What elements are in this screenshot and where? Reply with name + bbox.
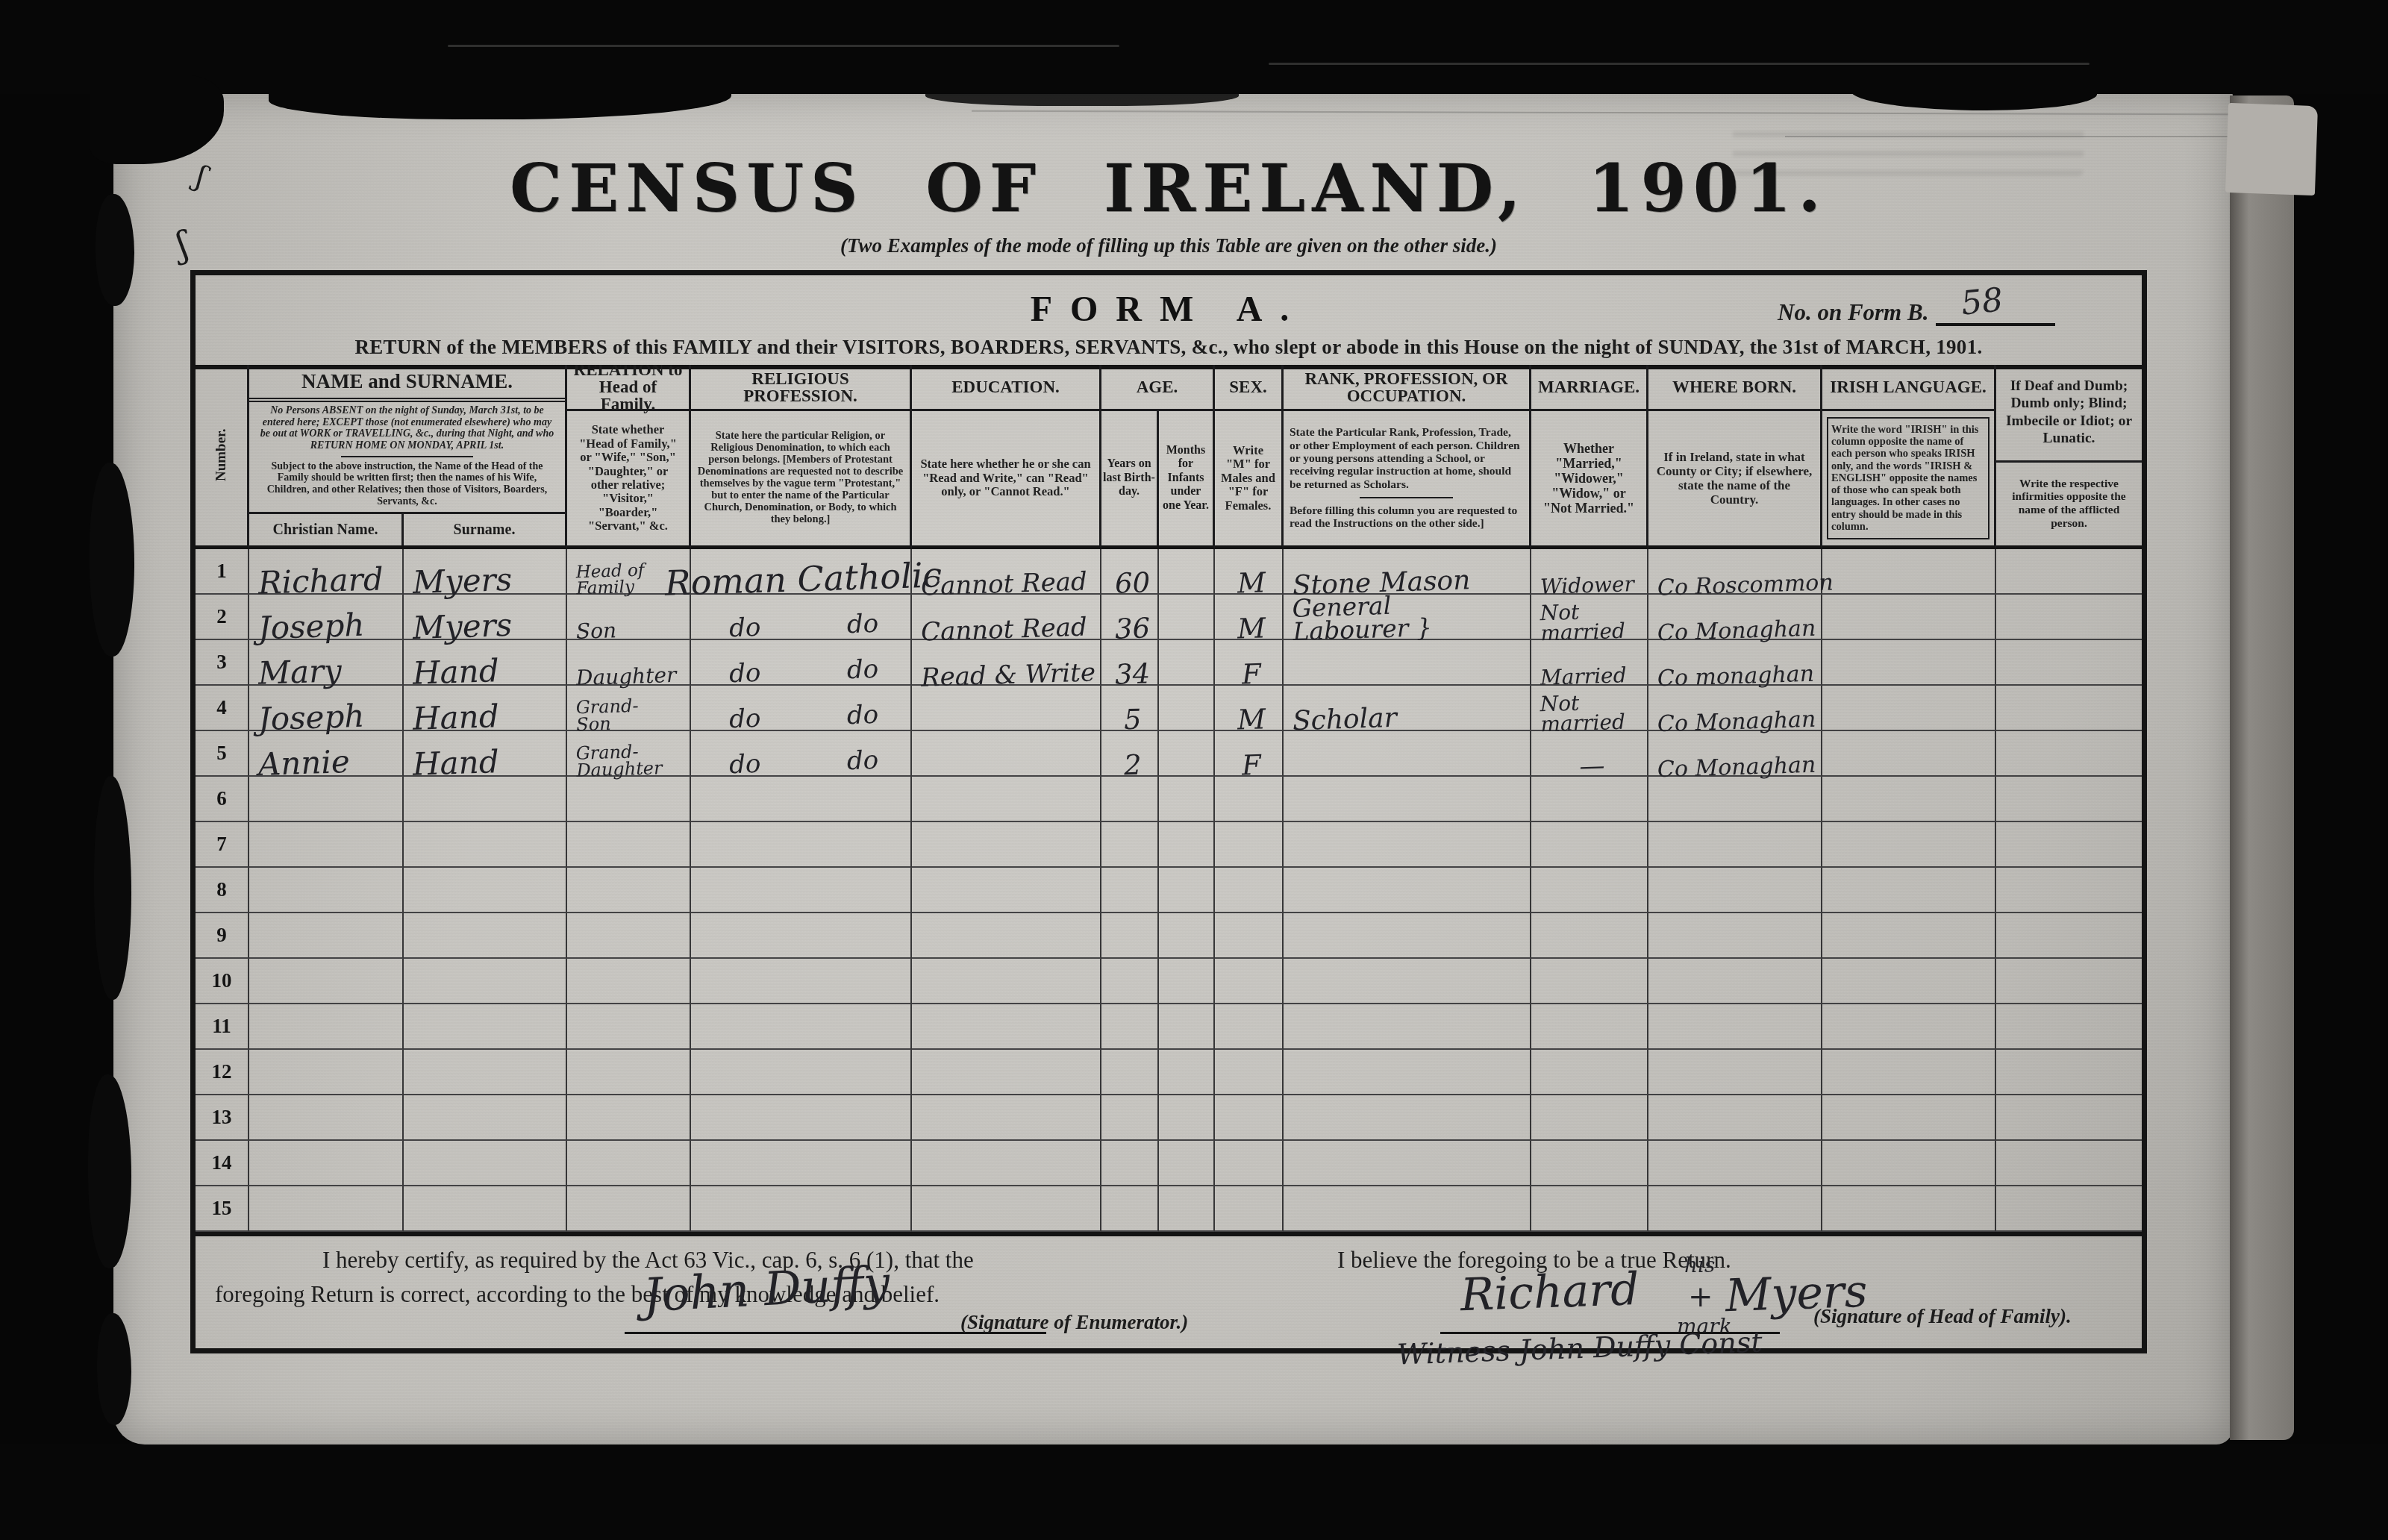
no-on-form-b-underline: 58 — [1936, 293, 2055, 326]
row-number: 5 — [196, 731, 249, 777]
cell-marriage: Widower — [1531, 549, 1648, 595]
no-on-form-b: No. on Form B. 58 — [1778, 293, 2055, 326]
cell-surname — [404, 1095, 567, 1141]
col-header-age: AGE. Years on last Birth-day. Months for… — [1101, 365, 1215, 549]
cell-infirmity — [1996, 549, 2142, 595]
cell-relation: Daughter — [567, 640, 691, 686]
row-number: 6 — [196, 777, 249, 822]
name-note2: Subject to the above instruction, the Na… — [249, 458, 565, 511]
cell-sex — [1215, 822, 1284, 868]
cell-occupation — [1284, 1004, 1531, 1050]
cell-education — [912, 1004, 1101, 1050]
cell-sex — [1215, 868, 1284, 913]
cell-surname: Hand — [404, 686, 567, 731]
cell-born — [1648, 868, 1822, 913]
christian-name-subheader: Christian Name. — [249, 514, 404, 545]
cell-christian — [249, 868, 404, 913]
cell-born — [1648, 1050, 1822, 1095]
cell-occupation: General Labourer } — [1284, 595, 1531, 640]
cell-sex — [1215, 1141, 1284, 1186]
col-header-occupation: RANK, PROFESSION, OR OCCUPATION. State t… — [1284, 365, 1531, 549]
cell-christian: Joseph — [249, 686, 404, 731]
cell-born — [1648, 913, 1822, 959]
cell-relation — [567, 777, 691, 822]
scan-edge-artifact — [269, 72, 731, 119]
cell-months — [1159, 1095, 1215, 1141]
name-title: NAME and SURNAME. — [249, 365, 565, 402]
cell-education — [912, 1186, 1101, 1232]
name-subheaders: Christian Name. Surname. — [249, 512, 565, 545]
cell-surname — [404, 913, 567, 959]
cell-irish — [1822, 1095, 1996, 1141]
cell-religion: dodo — [691, 686, 912, 731]
cell-religion — [691, 1095, 912, 1141]
cell-religion — [691, 959, 912, 1004]
number-column-label: Number. — [196, 365, 247, 545]
surname-subheader: Surname. — [404, 514, 565, 545]
cell-infirmity — [1996, 640, 2142, 686]
relation-title: RELATION to Head of Family. — [567, 365, 689, 411]
cell-sex — [1215, 1095, 1284, 1141]
cell-education: Cannot Read — [912, 595, 1101, 640]
cell-religion — [691, 1004, 912, 1050]
cell-infirmity — [1996, 777, 2142, 822]
cell-born: Co Monaghan — [1648, 595, 1822, 640]
row-number: 2 — [196, 595, 249, 640]
cell-irish — [1822, 640, 1996, 686]
col-header-where-born: WHERE BORN. If in Ireland, state in what… — [1648, 365, 1822, 549]
cell-irish — [1822, 777, 1996, 822]
cell-sex — [1215, 777, 1284, 822]
cell-education — [912, 731, 1101, 777]
divider — [1360, 497, 1453, 498]
cell-born: Co Monaghan — [1648, 686, 1822, 731]
cell-relation: Grand- Daughter — [567, 731, 691, 777]
cell-sex: F — [1215, 640, 1284, 686]
cell-born — [1648, 1004, 1822, 1050]
cell-marriage: Married — [1531, 640, 1648, 686]
cell-irish — [1822, 1186, 1996, 1232]
cell-religion — [691, 777, 912, 822]
occupation-instructions: State the Particular Rank, Profession, T… — [1284, 411, 1529, 545]
row-number: 9 — [196, 913, 249, 959]
cell-infirmity — [1996, 1004, 2142, 1050]
cell-occupation — [1284, 1095, 1531, 1141]
scan-edge-artifact — [1269, 63, 2089, 65]
cell-irish — [1822, 595, 1996, 640]
cell-christian: Mary — [249, 640, 404, 686]
cell-marriage — [1531, 1050, 1648, 1095]
cell-education — [912, 913, 1101, 959]
cell-marriage: Not married — [1531, 686, 1648, 731]
cell-years — [1101, 868, 1159, 913]
cell-infirmity — [1996, 595, 2142, 640]
cell-sex — [1215, 913, 1284, 959]
cell-relation — [567, 959, 691, 1004]
cell-occupation — [1284, 1141, 1531, 1186]
form-a-heading: FORM A. — [1031, 289, 1307, 330]
cell-years: 2 — [1101, 731, 1159, 777]
row-number: 7 — [196, 822, 249, 868]
religion-title: RELIGIOUS PROFESSION. — [691, 365, 910, 411]
cell-surname: Myers — [404, 595, 567, 640]
cell-christian — [249, 913, 404, 959]
scanned-census-page: ʃ ʃ CENSUS OF IRELAND, 1901. (Two Exampl… — [0, 0, 2388, 1540]
cell-occupation — [1284, 913, 1531, 959]
sex-title: SEX. — [1215, 365, 1281, 411]
col-header-irish-language: IRISH LANGUAGE. Write the word "IRISH" i… — [1822, 365, 1996, 549]
cell-months — [1159, 1141, 1215, 1186]
cell-months — [1159, 959, 1215, 1004]
cell-marriage — [1531, 1004, 1648, 1050]
cell-relation — [567, 822, 691, 868]
census-form-paper: ʃ ʃ CENSUS OF IRELAND, 1901. (Two Exampl… — [113, 88, 2233, 1444]
document-subtitle: (Two Examples of the mode of filling up … — [840, 234, 1497, 257]
sex-instructions: Write "M" for Males and "F" for Females. — [1215, 411, 1281, 545]
cell-born: Co Roscommon — [1648, 549, 1822, 595]
cell-education — [912, 868, 1101, 913]
cell-irish — [1822, 822, 1996, 868]
cell-marriage — [1531, 1141, 1648, 1186]
cell-surname — [404, 822, 567, 868]
cell-sex — [1215, 1186, 1284, 1232]
cell-irish — [1822, 959, 1996, 1004]
cell-surname — [404, 1050, 567, 1095]
cell-years — [1101, 822, 1159, 868]
cell-occupation — [1284, 1186, 1531, 1232]
age-years-subheader: Years on last Birth-day. — [1101, 411, 1159, 545]
cell-infirmity — [1996, 959, 2142, 1004]
cell-irish — [1822, 731, 1996, 777]
cell-irish — [1822, 1050, 1996, 1095]
cell-occupation — [1284, 822, 1531, 868]
cell-born — [1648, 777, 1822, 822]
cell-religion — [691, 1141, 912, 1186]
col-header-education: EDUCATION. State here whether he or she … — [912, 365, 1101, 549]
irish-language-title: IRISH LANGUAGE. — [1822, 365, 1994, 411]
cell-religion — [691, 822, 912, 868]
cell-surname — [404, 777, 567, 822]
head-signature-label: (Signature of Head of Family). — [1813, 1305, 2072, 1328]
cell-religion: Roman Catholic — [691, 549, 912, 595]
cell-months — [1159, 822, 1215, 868]
scan-page-edge — [2230, 96, 2294, 1440]
cell-education — [912, 959, 1101, 1004]
cell-infirmity — [1996, 731, 2142, 777]
cell-christian — [249, 777, 404, 822]
cell-months — [1159, 913, 1215, 959]
cell-education — [912, 1141, 1101, 1186]
cell-occupation — [1284, 731, 1531, 777]
no-on-form-b-value: 58 — [1960, 281, 2005, 323]
census-table: Number. NAME and SURNAME. No Persons ABS… — [196, 365, 2142, 1232]
name-note1: No Persons ABSENT on the night of Sunday… — [249, 402, 565, 455]
cell-marriage — [1531, 1095, 1648, 1141]
cell-months — [1159, 777, 1215, 822]
cell-surname — [404, 1004, 567, 1050]
cell-months — [1159, 868, 1215, 913]
cell-relation — [567, 1141, 691, 1186]
return-statement: RETURN of the MEMBERS of this FAMILY and… — [196, 336, 2142, 359]
cell-months — [1159, 549, 1215, 595]
cell-years: 5 — [1101, 686, 1159, 731]
irish-language-instructions: Write the word "IRISH" in this column op… — [1827, 417, 1990, 539]
cell-years — [1101, 777, 1159, 822]
cell-years — [1101, 913, 1159, 959]
education-title: EDUCATION. — [912, 365, 1099, 411]
scan-edge-artifact — [925, 81, 1239, 106]
cell-christian — [249, 1141, 404, 1186]
cell-occupation — [1284, 959, 1531, 1004]
cell-years — [1101, 1186, 1159, 1232]
cell-sex: F — [1215, 731, 1284, 777]
cell-marriage — [1531, 822, 1648, 868]
cell-infirmity — [1996, 1095, 2142, 1141]
cell-years — [1101, 1050, 1159, 1095]
cell-years — [1101, 1141, 1159, 1186]
certification-band: I hereby certify, as required by the Act… — [196, 1232, 2142, 1353]
cell-education — [912, 777, 1101, 822]
scan-edge-artifact — [96, 194, 134, 306]
row-number: 10 — [196, 959, 249, 1004]
cell-occupation — [1284, 868, 1531, 913]
cell-born: Co monaghan — [1648, 640, 1822, 686]
row-number: 12 — [196, 1050, 249, 1095]
cell-sex — [1215, 1004, 1284, 1050]
cell-occupation: Scholar — [1284, 686, 1531, 731]
cell-sex: M — [1215, 686, 1284, 731]
cell-months — [1159, 595, 1215, 640]
stray-ink-mark: ʃ — [173, 223, 191, 266]
cell-surname: Hand — [404, 640, 567, 686]
cell-surname — [404, 1186, 567, 1232]
row-number: 11 — [196, 1004, 249, 1050]
scan-edge-artifact — [0, 1444, 2388, 1540]
cell-surname: Hand — [404, 731, 567, 777]
head-signature-first: Richard — [1460, 1263, 1640, 1321]
cell-christian — [249, 959, 404, 1004]
cell-sex — [1215, 1050, 1284, 1095]
col-header-marriage: MARRIAGE. Whether "Married," "Widower," … — [1531, 365, 1648, 549]
cell-infirmity — [1996, 1050, 2142, 1095]
cell-years: 60 — [1101, 549, 1159, 595]
cell-marriage — [1531, 913, 1648, 959]
row-number: 13 — [196, 1095, 249, 1141]
cell-surname — [404, 868, 567, 913]
cell-months — [1159, 731, 1215, 777]
cell-education: Read & Write — [912, 640, 1101, 686]
cell-religion — [691, 1050, 912, 1095]
cell-christian: Richard — [249, 549, 404, 595]
cell-surname — [404, 1141, 567, 1186]
cell-religion — [691, 1186, 912, 1232]
cell-relation: Son — [567, 595, 691, 640]
cell-relation — [567, 913, 691, 959]
cell-born: Co Monaghan — [1648, 731, 1822, 777]
cell-years — [1101, 1095, 1159, 1141]
education-instructions: State here whether he or she can "Read a… — [912, 411, 1099, 545]
cell-occupation — [1284, 640, 1531, 686]
cell-irish — [1822, 913, 1996, 959]
cell-relation — [567, 1095, 691, 1141]
no-on-form-b-label: No. on Form B. — [1778, 299, 1928, 326]
cell-infirmity — [1996, 822, 2142, 868]
cell-years: 36 — [1101, 595, 1159, 640]
cell-education — [912, 686, 1101, 731]
infirmity-instructions: Write the respective infirmities opposit… — [1996, 463, 2142, 545]
cell-born — [1648, 959, 1822, 1004]
cell-months — [1159, 640, 1215, 686]
cell-relation — [567, 1004, 691, 1050]
row-number: 15 — [196, 1186, 249, 1232]
document-title: CENSUS OF IRELAND, 1901. — [510, 149, 1828, 227]
cell-irish — [1822, 868, 1996, 913]
cell-christian — [249, 822, 404, 868]
col-header-sex: SEX. Write "M" for Males and "F" for Fem… — [1215, 365, 1284, 549]
cell-infirmity — [1996, 686, 2142, 731]
row-number: 8 — [196, 868, 249, 913]
cell-religion: dodo — [691, 731, 912, 777]
row-number: 14 — [196, 1141, 249, 1186]
cell-years: 34 — [1101, 640, 1159, 686]
cell-marriage — [1531, 1186, 1648, 1232]
cell-christian — [249, 1004, 404, 1050]
cell-christian — [249, 1095, 404, 1141]
row-number: 1 — [196, 549, 249, 595]
cell-relation — [567, 1050, 691, 1095]
cell-months — [1159, 686, 1215, 731]
cell-education: Cannot Read — [912, 549, 1101, 595]
form-header-band: FORM A. No. on Form B. 58 RETURN of the … — [196, 275, 2142, 369]
cell-months — [1159, 1004, 1215, 1050]
cell-born — [1648, 822, 1822, 868]
cell-marriage — [1531, 777, 1648, 822]
cell-marriage: — — [1531, 731, 1648, 777]
cell-marriage — [1531, 868, 1648, 913]
form-border-box: FORM A. No. on Form B. 58 RETURN of the … — [190, 270, 2147, 1353]
cell-infirmity — [1996, 913, 2142, 959]
cell-christian — [249, 1186, 404, 1232]
cell-religion: dodo — [691, 595, 912, 640]
cell-relation: Grand- Son — [567, 686, 691, 731]
marriage-instructions: Whether "Married," "Widower," "Widow," o… — [1531, 411, 1646, 545]
cell-christian — [249, 1050, 404, 1095]
occupation-title: RANK, PROFESSION, OR OCCUPATION. — [1284, 365, 1529, 411]
cell-irish — [1822, 549, 1996, 595]
col-header-infirmity: If Deaf and Dumb; Dumb only; Blind; Imbe… — [1996, 365, 2142, 549]
age-title: AGE. — [1101, 365, 1213, 411]
paper-crease — [972, 110, 2233, 115]
cell-religion — [691, 868, 912, 913]
cell-sex: M — [1215, 549, 1284, 595]
cell-infirmity — [1996, 868, 2142, 913]
row-number: 4 — [196, 686, 249, 731]
row-number: 3 — [196, 640, 249, 686]
cell-infirmity — [1996, 1141, 2142, 1186]
cell-marriage: Not married — [1531, 595, 1648, 640]
cell-sex: M — [1215, 595, 1284, 640]
occupation-text2: Before filling this column you are reque… — [1290, 504, 1523, 530]
cell-religion: dodo — [691, 640, 912, 686]
cell-occupation — [1284, 777, 1531, 822]
cell-born — [1648, 1141, 1822, 1186]
cell-religion — [691, 913, 912, 959]
cell-christian: Joseph — [249, 595, 404, 640]
divider — [341, 456, 474, 457]
age-subheaders: Years on last Birth-day. Months for Infa… — [1101, 411, 1213, 545]
cell-education — [912, 1050, 1101, 1095]
cell-occupation — [1284, 1050, 1531, 1095]
where-born-instructions: If in Ireland, state in what County or C… — [1648, 411, 1820, 545]
cell-relation — [567, 868, 691, 913]
scan-edge-artifact — [448, 45, 1119, 47]
cell-irish — [1822, 1004, 1996, 1050]
scan-page-corner — [2225, 103, 2318, 195]
cell-education — [912, 822, 1101, 868]
cell-sex — [1215, 959, 1284, 1004]
cell-born — [1648, 1186, 1822, 1232]
cell-months — [1159, 1050, 1215, 1095]
cell-irish — [1822, 686, 1996, 731]
religion-instructions: State here the particular Religion, or R… — [691, 411, 910, 545]
col-header-number: Number. — [196, 365, 249, 549]
stray-ink-mark: ʃ — [190, 160, 212, 194]
cell-surname: Myers — [404, 549, 567, 595]
relation-instructions: State whether "Head of Family," or "Wife… — [567, 411, 689, 545]
cell-months — [1159, 1186, 1215, 1232]
cell-infirmity — [1996, 1186, 2142, 1232]
col-header-relation: RELATION to Head of Family. State whethe… — [567, 365, 691, 549]
cell-born — [1648, 1095, 1822, 1141]
cell-christian: Annie — [249, 731, 404, 777]
cell-marriage — [1531, 959, 1648, 1004]
cell-irish — [1822, 1141, 1996, 1186]
occupation-text1: State the Particular Rank, Profession, T… — [1290, 426, 1523, 491]
marriage-title: MARRIAGE. — [1531, 365, 1646, 411]
cell-years — [1101, 1004, 1159, 1050]
cell-occupation: Stone Mason — [1284, 549, 1531, 595]
cell-relation — [567, 1186, 691, 1232]
head-signature-his: his — [1684, 1253, 1715, 1277]
head-signature-cross: + — [1688, 1280, 1713, 1314]
age-months-subheader: Months for Infants under one Year. — [1159, 411, 1213, 545]
col-header-religion: RELIGIOUS PROFESSION. State here the par… — [691, 365, 912, 549]
col-header-name: NAME and SURNAME. No Persons ABSENT on t… — [249, 365, 567, 549]
where-born-title: WHERE BORN. — [1648, 365, 1820, 411]
enumerator-signature-label: (Signature of Enumerator.) — [960, 1311, 1188, 1334]
cell-years — [1101, 959, 1159, 1004]
cell-education — [912, 1095, 1101, 1141]
cell-surname — [404, 959, 567, 1004]
infirmity-title: If Deaf and Dumb; Dumb only; Blind; Imbe… — [1996, 365, 2142, 463]
